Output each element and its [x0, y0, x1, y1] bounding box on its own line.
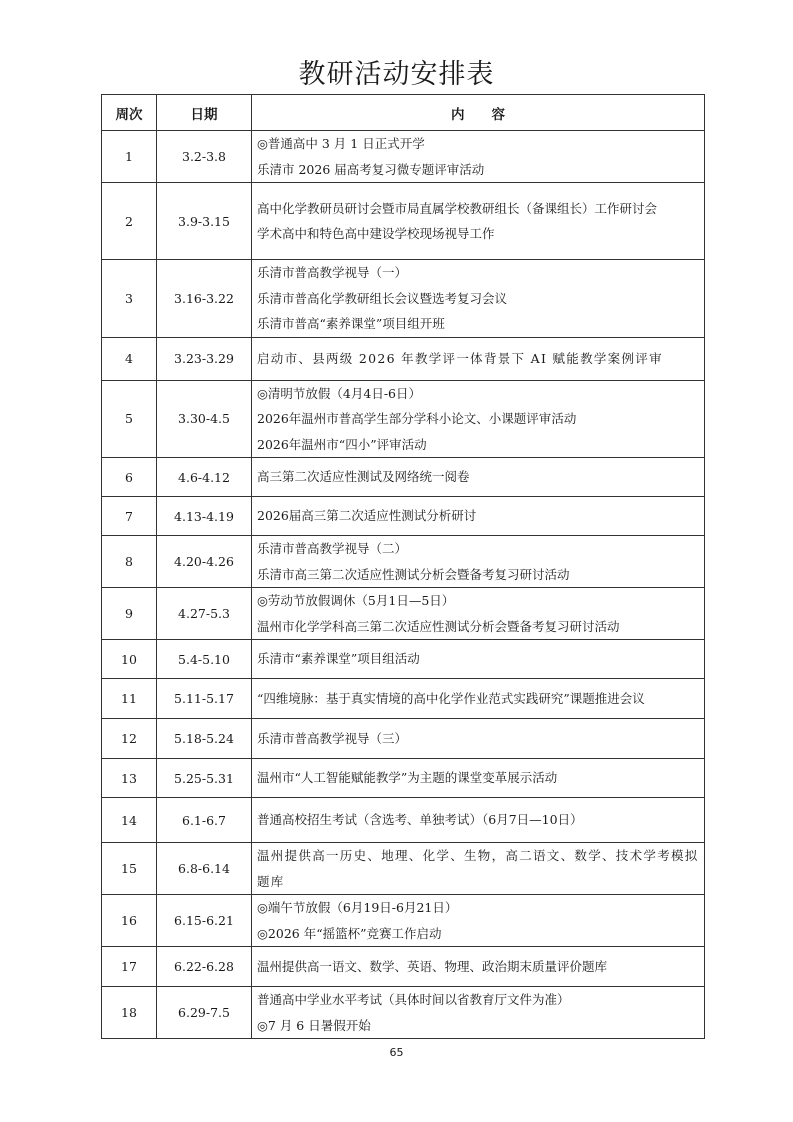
content-cell: “四维境脉：基于真实情境的高中化学作业范式实践研究”课题推进会议 [252, 679, 705, 719]
table-row: 135.25-5.31温州市“人工智能赋能教学”为主题的课堂变革展示活动 [102, 759, 705, 798]
table-row: 64.6-4.12高三第二次适应性测试及网络统一阅卷 [102, 458, 705, 497]
content-cell: 温州提供高一历史、地理、化学、生物，高二语文、数学、技术学考模拟题库 [252, 843, 705, 895]
content-cell: 温州提供高一语文、数学、英语、物理、政治期末质量评价题库 [252, 947, 705, 987]
content-cell: 乐清市“素养课堂”项目组活动 [252, 640, 705, 679]
date-cell: 3.2-3.8 [157, 131, 252, 183]
week-cell: 15 [102, 843, 157, 895]
content-line: “四维境脉：基于真实情境的高中化学作业范式实践研究”课题推进会议 [257, 686, 704, 712]
content-line: 温州提供高一语文、数学、英语、物理、政治期末质量评价题库 [257, 954, 704, 980]
header-week: 周次 [102, 95, 157, 131]
content-line: 乐清市 2026 届高考复习微专题评审活动 [257, 157, 704, 183]
week-cell: 7 [102, 497, 157, 536]
content-cell: 温州市“人工智能赋能教学”为主题的课堂变革展示活动 [252, 759, 705, 798]
table-row: 176.22-6.28温州提供高一语文、数学、英语、物理、政治期末质量评价题库 [102, 947, 705, 987]
table-row: 84.20-4.26乐清市普高教学视导（二）乐清市高三第二次适应性测试分析会暨备… [102, 536, 705, 588]
week-cell: 6 [102, 458, 157, 497]
date-cell: 3.30-4.5 [157, 380, 252, 458]
content-line: 乐清市高三第二次适应性测试分析会暨备考复习研讨活动 [257, 562, 704, 588]
content-line: 2026年温州市“四小”评审活动 [257, 432, 704, 458]
content-line: 温州市“人工智能赋能教学”为主题的课堂变革展示活动 [257, 765, 704, 791]
content-cell: 乐清市普高教学视导（一）乐清市普高化学教研组长会议暨选考复习会议乐清市普高“素养… [252, 260, 705, 338]
date-cell: 5.4-5.10 [157, 640, 252, 679]
week-cell: 8 [102, 536, 157, 588]
table-row: 105.4-5.10乐清市“素养课堂”项目组活动 [102, 640, 705, 679]
table-row: 146.1-6.7普通高校招生考试（含选考、单独考试）（6月7日—10日） [102, 798, 705, 843]
content-line: 学术高中和特色高中建设学校现场视导工作 [257, 221, 704, 247]
week-cell: 12 [102, 719, 157, 759]
content-line: 高三第二次适应性测试及网络统一阅卷 [257, 464, 704, 490]
content-cell: 乐清市普高教学视导（二）乐清市高三第二次适应性测试分析会暨备考复习研讨活动 [252, 536, 705, 588]
content-line: 普通高中学业水平考试（具体时间以省教育厅文件为准） [257, 987, 704, 1013]
date-cell: 3.23-3.29 [157, 337, 252, 380]
schedule-table: 周次 日期 内 容 13.2-3.8◎普通高中 3 月 1 日正式开学乐清市 2… [101, 94, 705, 1039]
date-cell: 5.18-5.24 [157, 719, 252, 759]
date-cell: 6.22-6.28 [157, 947, 252, 987]
week-cell: 1 [102, 131, 157, 183]
content-line: ◎普通高中 3 月 1 日正式开学 [257, 131, 704, 157]
table-row: 94.27-5.3◎劳动节放假调休（5月1日—5日）温州市化学学科高三第二次适应… [102, 588, 705, 640]
content-cell: 高中化学教研员研讨会暨市局直属学校教研组长（备课组长）工作研讨会学术高中和特色高… [252, 183, 705, 260]
week-cell: 17 [102, 947, 157, 987]
content-line: ◎端午节放假（6月19日-6月21日） [257, 895, 704, 921]
table-row: 13.2-3.8◎普通高中 3 月 1 日正式开学乐清市 2026 届高考复习微… [102, 131, 705, 183]
content-cell: 启动市、县两级 2026 年教学评一体背景下 AI 赋能教学案例评审 [252, 337, 705, 380]
date-cell: 6.8-6.14 [157, 843, 252, 895]
date-cell: 6.29-7.5 [157, 987, 252, 1039]
table-header-row: 周次 日期 内 容 [102, 95, 705, 131]
content-line: 2026届高三第二次适应性测试分析研讨 [257, 503, 704, 529]
date-cell: 6.1-6.7 [157, 798, 252, 843]
table-row: 43.23-3.29启动市、县两级 2026 年教学评一体背景下 AI 赋能教学… [102, 337, 705, 380]
content-line: ◎清明节放假（4月4日-6日） [257, 381, 704, 407]
week-cell: 2 [102, 183, 157, 260]
table-row: 33.16-3.22乐清市普高教学视导（一）乐清市普高化学教研组长会议暨选考复习… [102, 260, 705, 338]
week-cell: 9 [102, 588, 157, 640]
date-cell: 4.27-5.3 [157, 588, 252, 640]
table-row: 186.29-7.5普通高中学业水平考试（具体时间以省教育厅文件为准）◎7 月 … [102, 987, 705, 1039]
content-cell: 普通高校招生考试（含选考、单独考试）（6月7日—10日） [252, 798, 705, 843]
content-line: ◎2026 年“摇篮杯”竞赛工作启动 [257, 921, 704, 947]
content-line: 乐清市普高教学视导（一） [257, 260, 704, 286]
content-cell: 2026届高三第二次适应性测试分析研讨 [252, 497, 705, 536]
week-cell: 18 [102, 987, 157, 1039]
table-row: 74.13-4.192026届高三第二次适应性测试分析研讨 [102, 497, 705, 536]
week-cell: 11 [102, 679, 157, 719]
week-cell: 5 [102, 380, 157, 458]
content-line: 乐清市普高教学视导（二） [257, 536, 704, 562]
content-cell: ◎劳动节放假调休（5月1日—5日）温州市化学学科高三第二次适应性测试分析会暨备考… [252, 588, 705, 640]
week-cell: 4 [102, 337, 157, 380]
table-row: 53.30-4.5◎清明节放假（4月4日-6日）2026年温州市普高学生部分学科… [102, 380, 705, 458]
content-line: ◎劳动节放假调休（5月1日—5日） [257, 588, 704, 614]
date-cell: 4.13-4.19 [157, 497, 252, 536]
content-cell: 普通高中学业水平考试（具体时间以省教育厅文件为准）◎7 月 6 日暑假开始 [252, 987, 705, 1039]
date-cell: 4.20-4.26 [157, 536, 252, 588]
date-cell: 5.25-5.31 [157, 759, 252, 798]
content-line: 高中化学教研员研讨会暨市局直属学校教研组长（备课组长）工作研讨会 [257, 196, 704, 222]
content-line: 乐清市普高化学教研组长会议暨选考复习会议 [257, 286, 704, 312]
content-cell: 高三第二次适应性测试及网络统一阅卷 [252, 458, 705, 497]
content-line: 2026年温州市普高学生部分学科小论文、小课题评审活动 [257, 406, 704, 432]
week-cell: 10 [102, 640, 157, 679]
header-date: 日期 [157, 95, 252, 131]
content-line: 温州提供高一历史、地理、化学、生物，高二语文、数学、技术学考模拟题库 [257, 843, 704, 894]
table-row: 23.9-3.15高中化学教研员研讨会暨市局直属学校教研组长（备课组长）工作研讨… [102, 183, 705, 260]
content-line: 乐清市“素养课堂”项目组活动 [257, 646, 704, 672]
date-cell: 3.9-3.15 [157, 183, 252, 260]
date-cell: 6.15-6.21 [157, 895, 252, 947]
content-line: 普通高校招生考试（含选考、单独考试）（6月7日—10日） [257, 807, 704, 833]
content-line: 温州市化学学科高三第二次适应性测试分析会暨备考复习研讨活动 [257, 614, 704, 640]
page-title: 教研活动安排表 [0, 52, 793, 91]
date-cell: 5.11-5.17 [157, 679, 252, 719]
content-line: ◎7 月 6 日暑假开始 [257, 1013, 704, 1039]
table-row: 125.18-5.24乐清市普高教学视导（三） [102, 719, 705, 759]
content-line: 乐清市普高“素养课堂”项目组开班 [257, 311, 704, 337]
date-cell: 3.16-3.22 [157, 260, 252, 338]
content-cell: 乐清市普高教学视导（三） [252, 719, 705, 759]
table-row: 166.15-6.21◎端午节放假（6月19日-6月21日）◎2026 年“摇篮… [102, 895, 705, 947]
table-row: 156.8-6.14温州提供高一历史、地理、化学、生物，高二语文、数学、技术学考… [102, 843, 705, 895]
content-cell: ◎普通高中 3 月 1 日正式开学乐清市 2026 届高考复习微专题评审活动 [252, 131, 705, 183]
week-cell: 16 [102, 895, 157, 947]
date-cell: 4.6-4.12 [157, 458, 252, 497]
content-line: 启动市、县两级 2026 年教学评一体背景下 AI 赋能教学案例评审 [257, 346, 704, 372]
week-cell: 3 [102, 260, 157, 338]
table-row: 115.11-5.17“四维境脉：基于真实情境的高中化学作业范式实践研究”课题推… [102, 679, 705, 719]
page-number: 65 [0, 1046, 793, 1059]
content-line: 乐清市普高教学视导（三） [257, 726, 704, 752]
content-cell: ◎端午节放假（6月19日-6月21日）◎2026 年“摇篮杯”竞赛工作启动 [252, 895, 705, 947]
week-cell: 13 [102, 759, 157, 798]
content-cell: ◎清明节放假（4月4日-6日）2026年温州市普高学生部分学科小论文、小课题评审… [252, 380, 705, 458]
week-cell: 14 [102, 798, 157, 843]
header-content: 内 容 [252, 95, 705, 131]
